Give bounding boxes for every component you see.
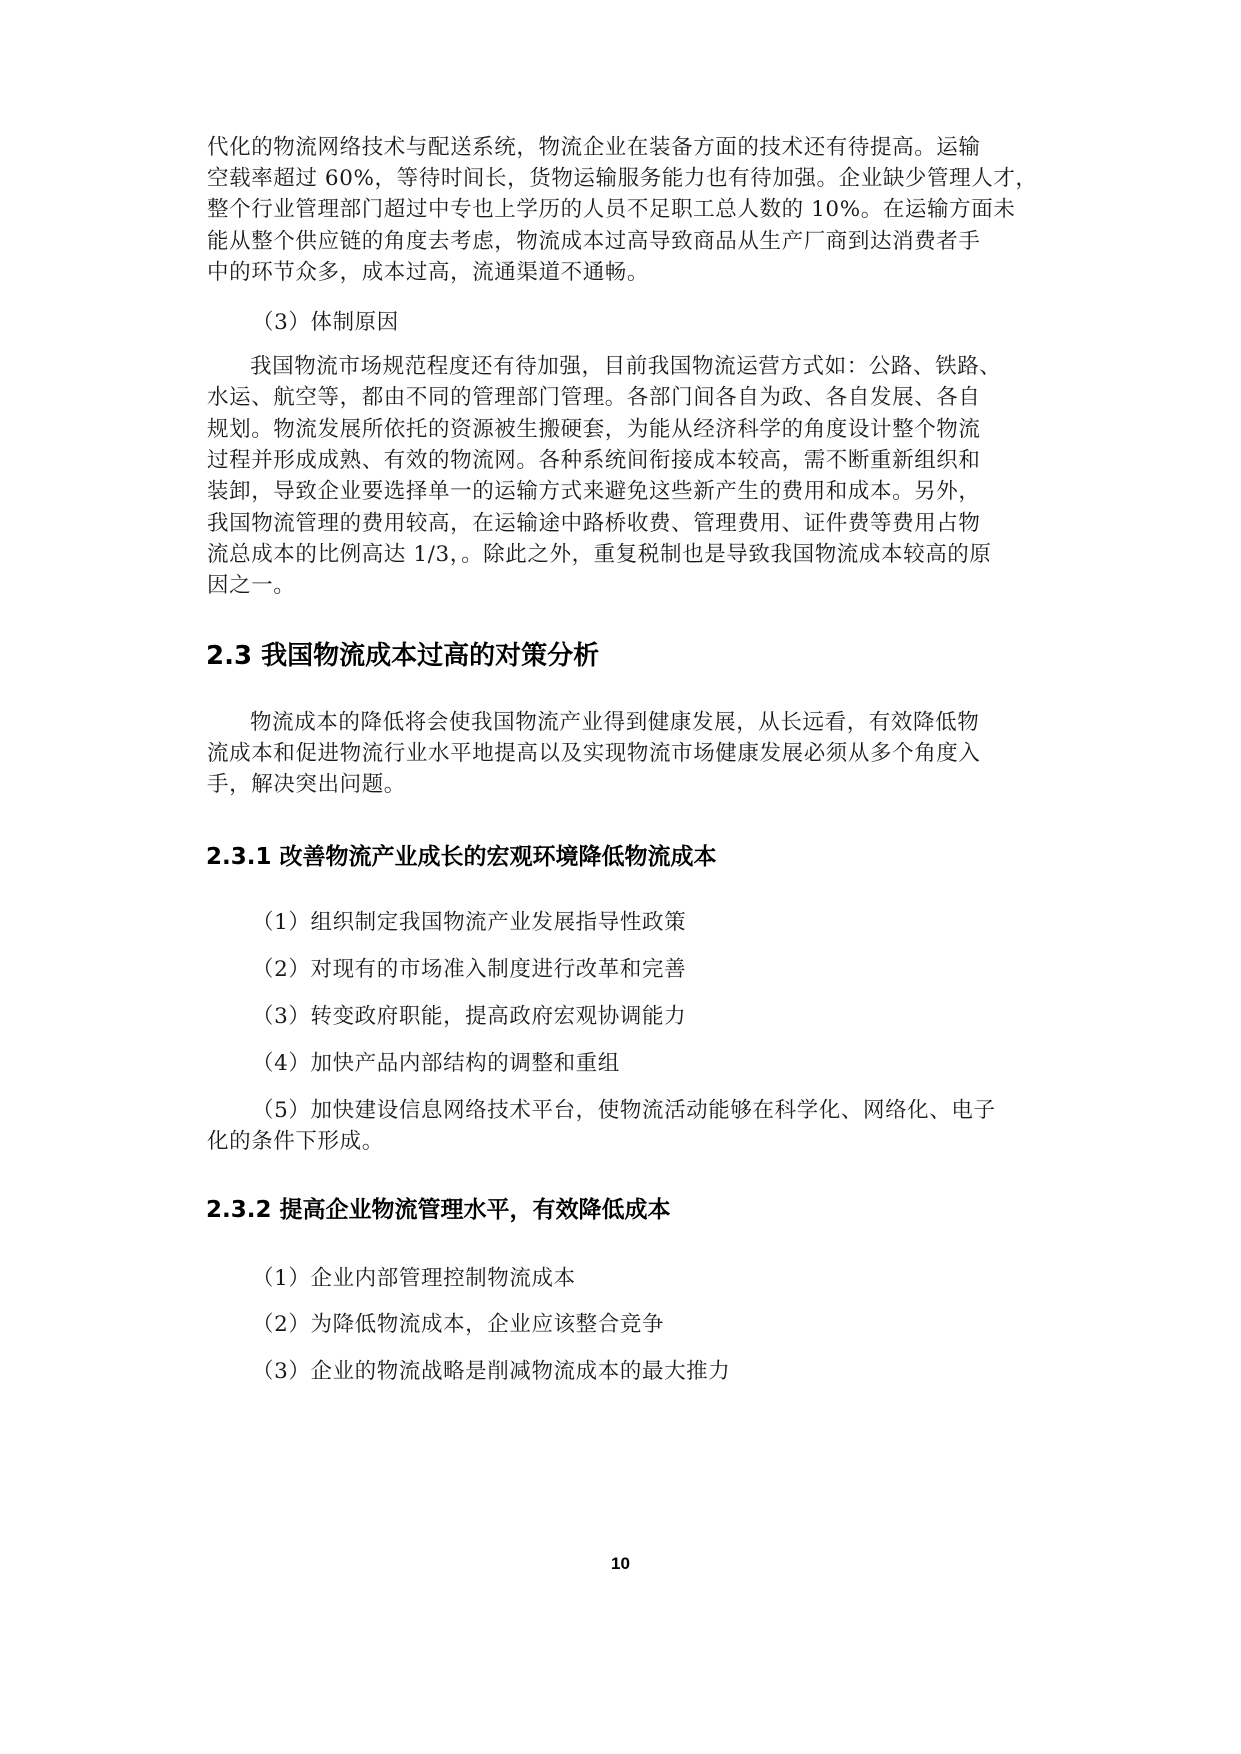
- text-line: 整个行业管理部门超过中专也上学历的人员不足职工总人数的 10%。在运输方面未: [207, 194, 1015, 225]
- text-line: 能从整个供应链的角度去考虑，物流成本过高导致商品从生产厂商到达消费者手: [207, 226, 981, 257]
- list-item: （2）为降低物流成本，企业应该整合竞争: [252, 1309, 664, 1340]
- document-page: 代化的物流网络技术与配送系统，物流企业在装备方面的技术还有待提高。运输 空载率超…: [0, 0, 1241, 1754]
- text-line: 水运、航空等，都由不同的管理部门管理。各部门间各自为政、各自发展、各自: [207, 382, 981, 413]
- list-item: （4）加快产品内部结构的调整和重组: [252, 1048, 620, 1079]
- text-line: 代化的物流网络技术与配送系统，物流企业在装备方面的技术还有待提高。运输: [207, 132, 981, 163]
- list-item: （1）企业内部管理控制物流成本: [252, 1263, 576, 1294]
- text-line: 过程并形成成熟、有效的物流网。各种系统间衔接成本较高，需不断重新组织和: [207, 445, 981, 476]
- section-heading-2-3-1: 2.3.1 改善物流产业成长的宏观环境降低物流成本: [206, 841, 717, 873]
- list-item: （1）组织制定我国物流产业发展指导性政策: [252, 907, 686, 938]
- page-number: 10: [0, 1554, 1241, 1574]
- text-line: 装卸，导致企业要选择单一的运输方式来避免这些新产生的费用和成本。另外，: [207, 476, 981, 507]
- section-heading-2-3-2: 2.3.2 提高企业物流管理水平，有效降低成本: [206, 1194, 671, 1226]
- text-line: 流成本和促进物流行业水平地提高以及实现物流市场健康发展必须从多个角度入: [207, 738, 981, 769]
- list-item: （3）企业的物流战略是削减物流成本的最大推力: [252, 1356, 730, 1387]
- text-line: 空载率超过 60%，等待时间长，货物运输服务能力也有待加强。企业缺少管理人才，: [207, 163, 1038, 194]
- list-item: （5）加快建设信息网络技术平台，使物流活动能够在科学化、网络化、电子: [252, 1095, 996, 1126]
- text-line: 因之一。: [207, 570, 295, 601]
- section-heading-2-3: 2.3 我国物流成本过高的对策分析: [206, 639, 599, 673]
- text-line: 我国物流管理的费用较高，在运输途中路桥收费、管理费用、证件费等费用占物: [207, 508, 981, 539]
- text-line: 规划。物流发展所依托的资源被生搬硬套，为能从经济科学的角度设计整个物流: [207, 414, 981, 445]
- subheading-institutional-reasons: （3）体制原因: [252, 307, 399, 338]
- text-line: 流总成本的比例高达 1/3，。除此之外，重复税制也是导致我国物流成本较高的原: [207, 539, 992, 570]
- list-item: （3）转变政府职能，提高政府宏观协调能力: [252, 1001, 686, 1032]
- list-item-continuation: 化的条件下形成。: [207, 1126, 384, 1157]
- text-line: 手，解决突出问题。: [207, 769, 406, 800]
- text-line: 中的环节众多，成本过高，流通渠道不通畅。: [207, 257, 649, 288]
- list-item: （2）对现有的市场准入制度进行改革和完善: [252, 954, 686, 985]
- text-line: 我国物流市场规范程度还有待加强，目前我国物流运营方式如：公路、铁路、: [250, 351, 1001, 382]
- text-line: 物流成本的降低将会使我国物流产业得到健康发展，从长远看，有效降低物: [250, 707, 979, 738]
